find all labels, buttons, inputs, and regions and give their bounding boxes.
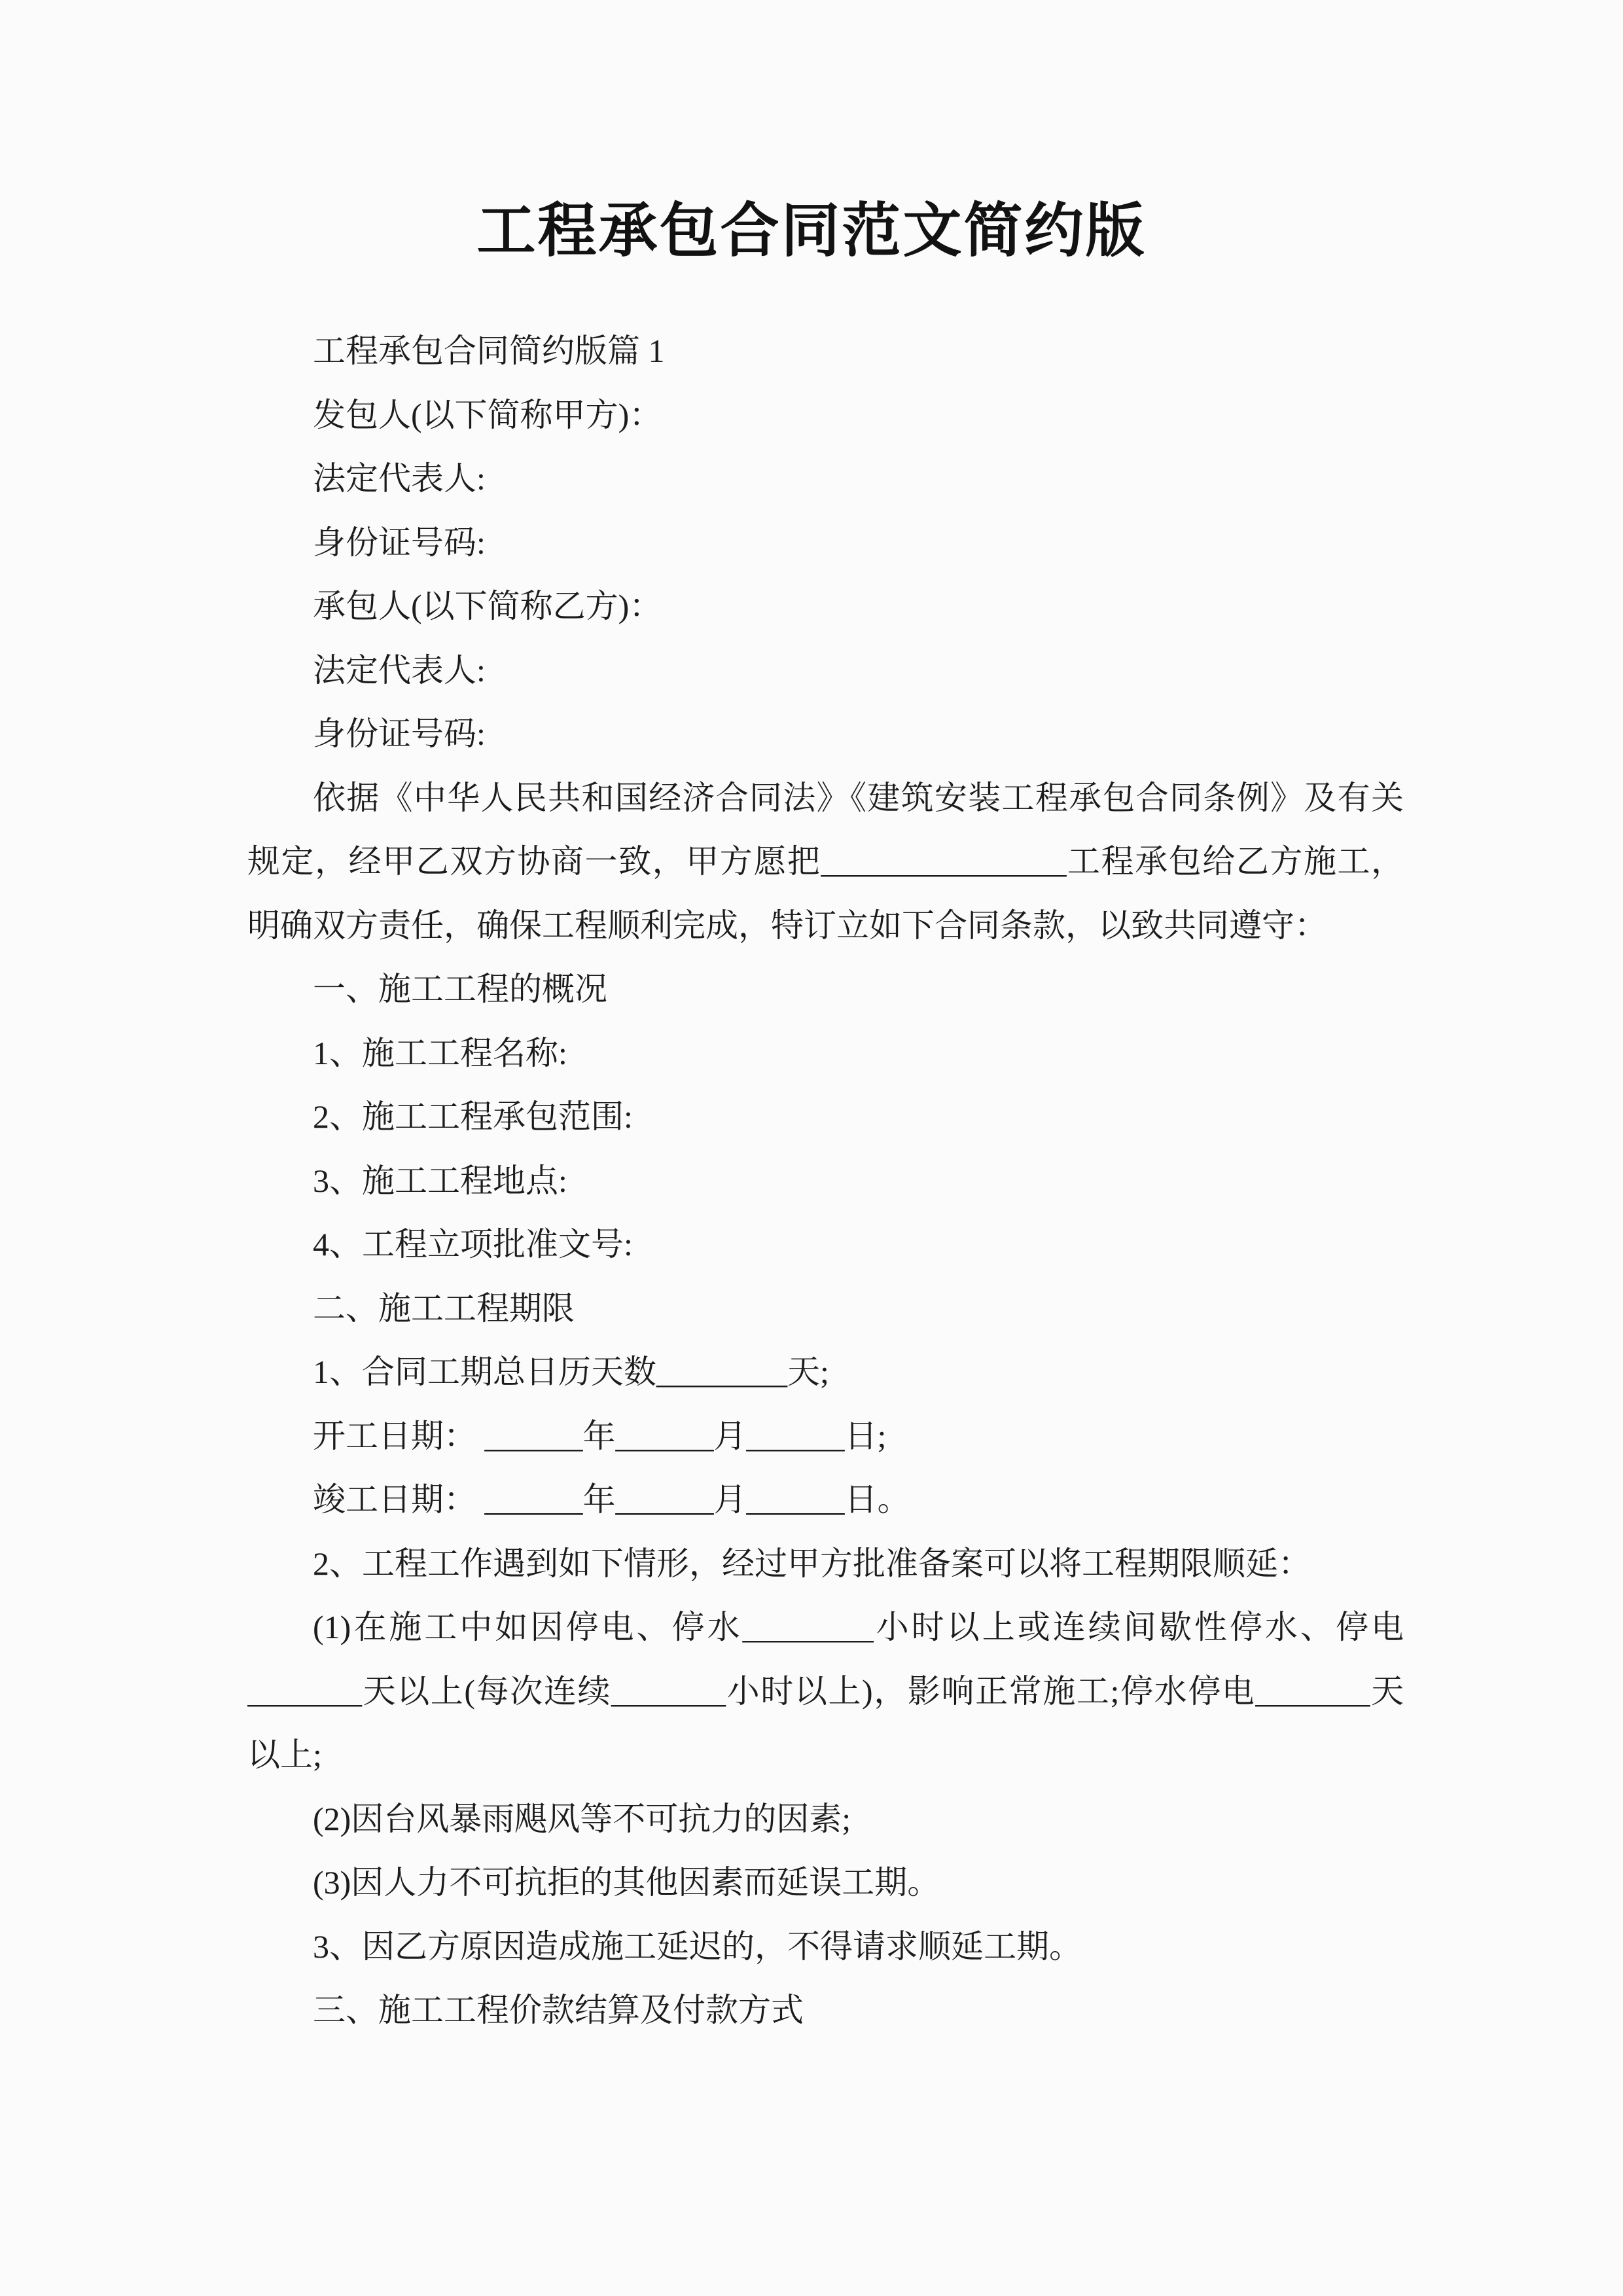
document-line: 承包人(以下简称乙方)：: [247, 575, 1404, 639]
document-line: 二、施工工程期限: [247, 1277, 1404, 1341]
document-line: 发包人(以下简称甲方)：: [247, 384, 1404, 448]
document-line: (1)在施工中如因停电、停水________小时以上或连续间歇性停水、停电: [247, 1596, 1404, 1660]
document-line: 依据《中华人民共和国经济合同法》《建筑安装工程承包合同条例》及有关: [247, 766, 1404, 831]
document-line: 以上;: [247, 1723, 1404, 1787]
document-line: 2、工程工作遇到如下情形，经过甲方批准备案可以将工程期限顺延：: [247, 1532, 1404, 1596]
document-line: 身份证号码:: [247, 511, 1404, 575]
document-line: 3、施工工程地点:: [247, 1149, 1404, 1213]
document-line: 4、工程立项批准文号:: [247, 1213, 1404, 1277]
document-line: 法定代表人:: [247, 447, 1404, 511]
document-line: (3)因人力不可抗拒的其他因素而延误工期。: [247, 1851, 1404, 1915]
document-line: _______天以上(每次连续_______小时以上)，影响正常施工;停水停电_…: [247, 1660, 1404, 1724]
document-line: 身份证号码:: [247, 702, 1404, 766]
document-line: (2)因台风暴雨飓风等不可抗力的因素;: [247, 1787, 1404, 1852]
document-line: 1、合同工期总日历天数________天;: [247, 1340, 1404, 1405]
document-line: 2、施工工程承包范围:: [247, 1085, 1404, 1149]
document-line: 规定，经甲乙双方协商一致，甲方愿把_______________工程承包给乙方施…: [247, 830, 1404, 894]
document-line: 一、施工工程的概况: [247, 958, 1404, 1022]
document-line: 3、因乙方原因造成施工延迟的，不得请求顺延工期。: [247, 1915, 1404, 1979]
document-line: 三、施工工程价款结算及付款方式: [247, 1979, 1404, 2043]
document-body: 工程承包合同简约版篇 1发包人(以下简称甲方)：法定代表人:身份证号码:承包人(…: [247, 319, 1404, 2043]
document-line: 工程承包合同简约版篇 1: [247, 319, 1404, 384]
document-title: 工程承包合同范文简约版: [0, 195, 1623, 268]
document-line: 开工日期： ______年______月______日;: [247, 1405, 1404, 1469]
document-line: 法定代表人:: [247, 639, 1404, 703]
document-line: 竣工日期： ______年______月______日。: [247, 1468, 1404, 1532]
document-line: 明确双方责任，确保工程顺利完成，特订立如下合同条款，以致共同遵守：: [247, 894, 1404, 958]
document-page: 工程承包合同范文简约版 工程承包合同简约版篇 1发包人(以下简称甲方)：法定代表…: [0, 0, 1623, 2296]
document-line: 1、施工工程名称:: [247, 1022, 1404, 1086]
